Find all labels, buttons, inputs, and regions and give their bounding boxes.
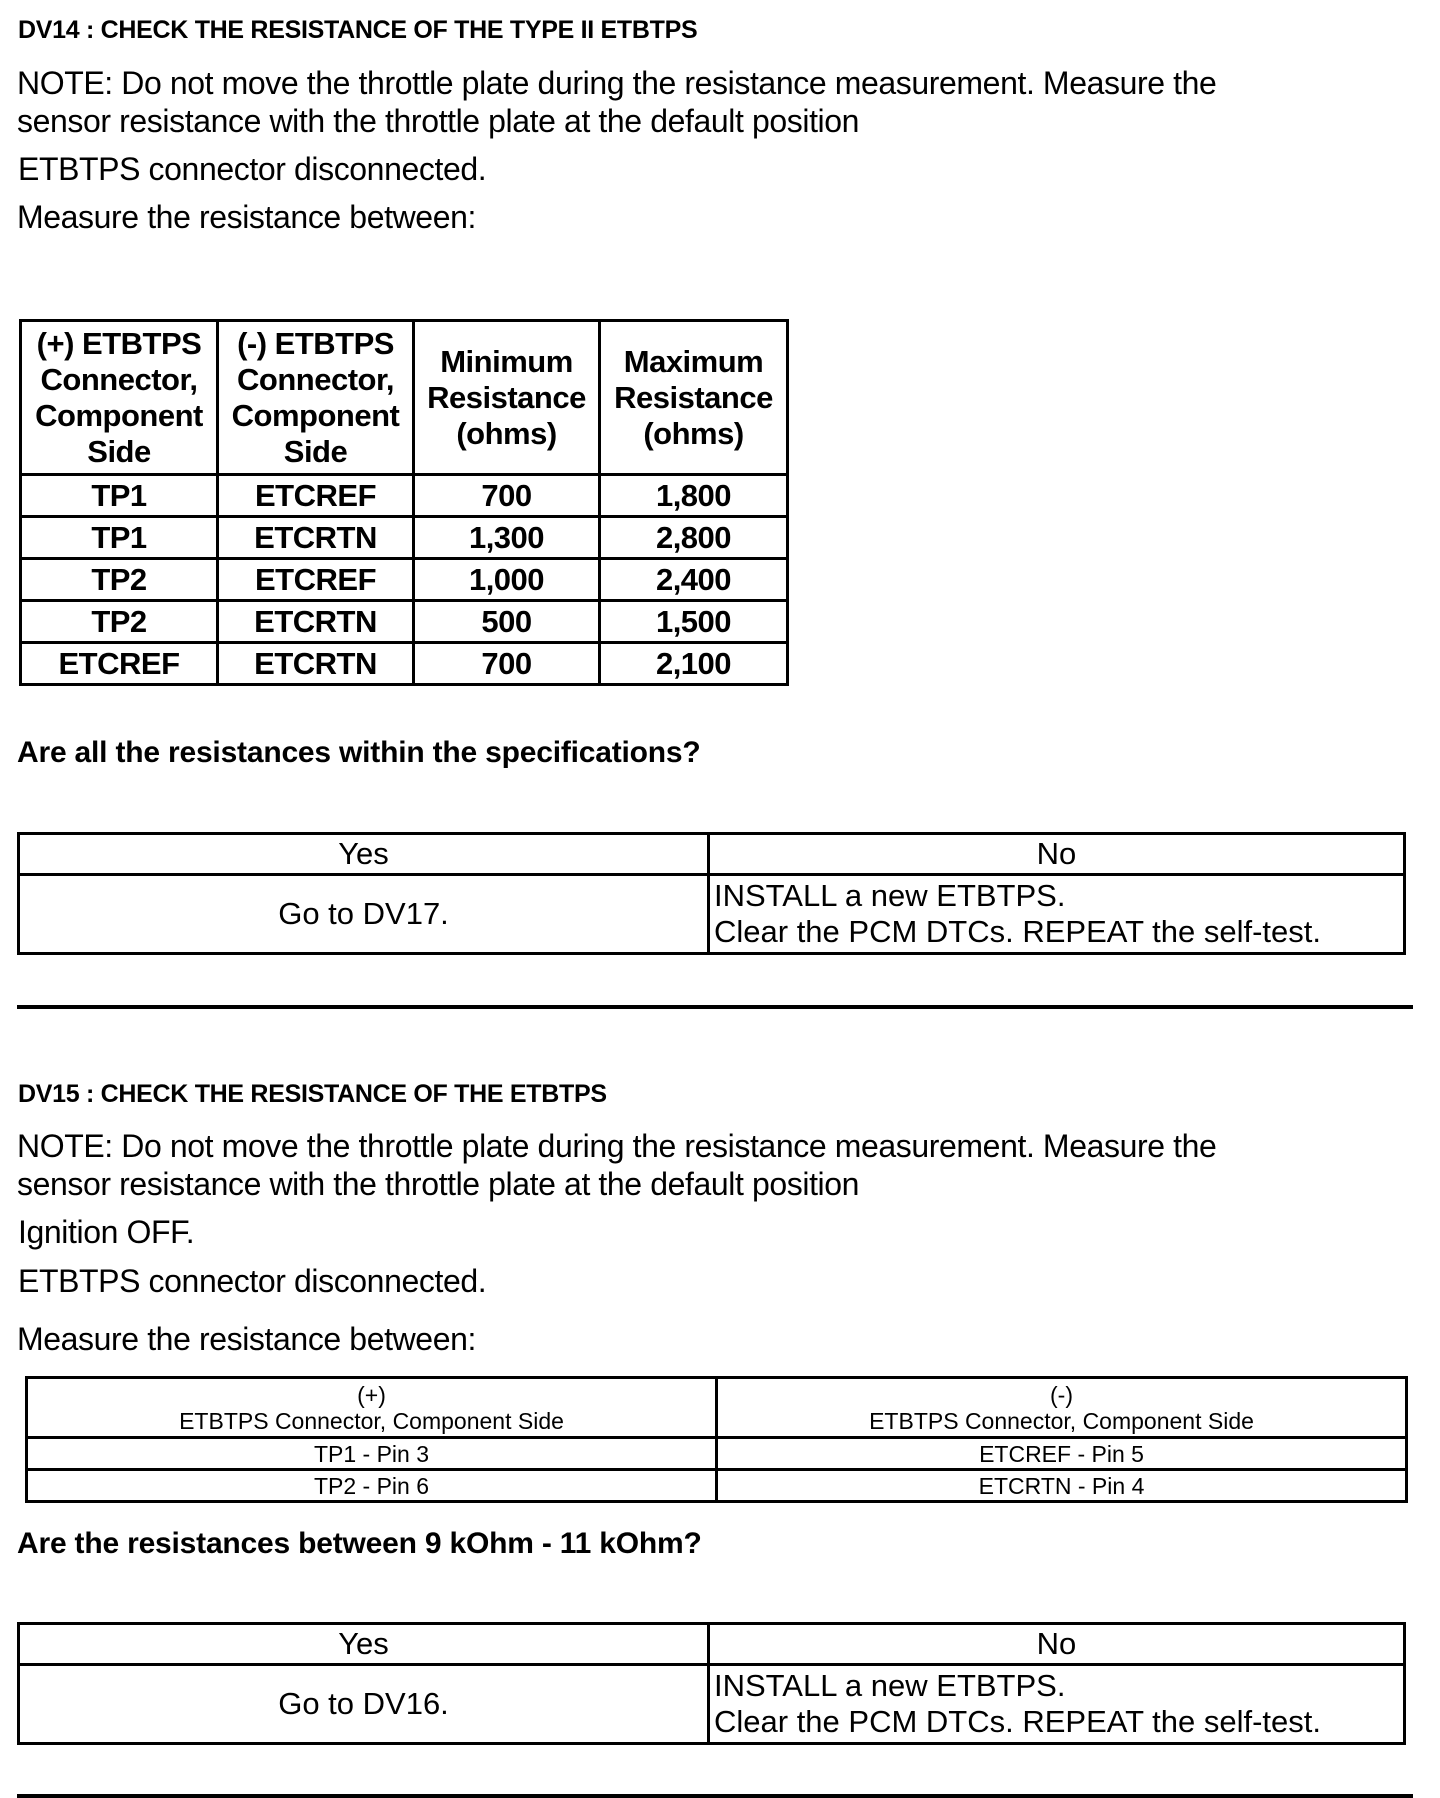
yes-header: Yes <box>19 1624 709 1665</box>
pin-measurement-table: (+)ETBTPS Connector, Component Side (-)E… <box>25 1376 1408 1503</box>
table-row: TP2 ETCREF 1,000 2,400 <box>21 559 788 601</box>
maximum-value: 2,100 <box>600 643 788 685</box>
table-header-row: (+)ETBTPS Connector, Component Side (-)E… <box>27 1378 1407 1438</box>
minimum-value: 500 <box>414 601 600 643</box>
no-action-line-2: Clear the PCM DTCs. REPEAT the self-test… <box>714 914 1403 950</box>
maximum-value: 1,800 <box>600 475 788 517</box>
negative-pin: ETCRTN - Pin 4 <box>717 1470 1407 1502</box>
minimum-value: 700 <box>414 475 600 517</box>
table-header-row: (+) ETBTPSConnector,ComponentSide (-) ET… <box>21 321 788 475</box>
no-action: INSTALL a new ETBTPS. Clear the PCM DTCs… <box>709 1665 1405 1744</box>
note-line-1: NOTE: Do not move the throttle plate dur… <box>17 1127 1216 1165</box>
note-line-2: sensor resistance with the throttle plat… <box>17 1165 859 1203</box>
decision-table: Yes No Go to DV16. INSTALL a new ETBTPS.… <box>17 1622 1406 1745</box>
instruction-connector: ETBTPS connector disconnected. <box>18 1262 486 1300</box>
minimum-value: 700 <box>414 643 600 685</box>
instruction-measure: Measure the resistance between: <box>17 198 476 236</box>
minimum-value: 1,000 <box>414 559 600 601</box>
col-header-negative: (-)ETBTPS Connector, Component Side <box>717 1378 1407 1438</box>
instruction-connector: ETBTPS connector disconnected. <box>18 150 486 188</box>
step-title: DV15 : CHECK THE RESISTANCE OF THE ETBTP… <box>18 1080 607 1109</box>
negative-pin: ETCREF - Pin 5 <box>717 1438 1407 1470</box>
col-header-maximum: MaximumResistance(ohms) <box>600 321 788 475</box>
col-header-negative: (-) ETBTPSConnector,ComponentSide <box>218 321 414 475</box>
positive-pin: TP1 - Pin 3 <box>27 1438 717 1470</box>
positive-pin: TP2 <box>21 559 218 601</box>
no-action-line-1: INSTALL a new ETBTPS. <box>714 878 1403 914</box>
yes-action-link[interactable]: Go to DV17. <box>19 875 709 954</box>
table-row: TP1 - Pin 3 ETCREF - Pin 5 <box>27 1438 1407 1470</box>
negative-pin: ETCRTN <box>218 643 414 685</box>
no-action: INSTALL a new ETBTPS. Clear the PCM DTCs… <box>709 875 1405 954</box>
maximum-value: 2,800 <box>600 517 788 559</box>
minimum-value: 1,300 <box>414 517 600 559</box>
positive-pin: TP1 <box>21 475 218 517</box>
table-row: ETCREF ETCRTN 700 2,100 <box>21 643 788 685</box>
decision-table: Yes No Go to DV17. INSTALL a new ETBTPS.… <box>17 832 1406 955</box>
no-header: No <box>709 1624 1405 1665</box>
section-divider <box>17 1005 1413 1009</box>
resistance-spec-table: (+) ETBTPSConnector,ComponentSide (-) ET… <box>19 319 789 686</box>
maximum-value: 2,400 <box>600 559 788 601</box>
table-row: TP2 - Pin 6 ETCRTN - Pin 4 <box>27 1470 1407 1502</box>
decision-question: Are the resistances between 9 kOhm - 11 … <box>17 1527 702 1561</box>
maximum-value: 1,500 <box>600 601 788 643</box>
step-title: DV14 : CHECK THE RESISTANCE OF THE TYPE … <box>18 16 697 45</box>
instruction-ignition: Ignition OFF. <box>18 1213 194 1251</box>
table-row: TP2 ETCRTN 500 1,500 <box>21 601 788 643</box>
decision-question: Are all the resistances within the speci… <box>17 736 701 770</box>
positive-pin: TP2 - Pin 6 <box>27 1470 717 1502</box>
table-row: TP1 ETCREF 700 1,800 <box>21 475 788 517</box>
negative-pin: ETCREF <box>218 559 414 601</box>
yes-action-link[interactable]: Go to DV16. <box>19 1665 709 1744</box>
table-row: TP1 ETCRTN 1,300 2,800 <box>21 517 788 559</box>
no-action-line-1: INSTALL a new ETBTPS. <box>714 1668 1403 1704</box>
col-header-minimum: MinimumResistance(ohms) <box>414 321 600 475</box>
positive-pin: TP1 <box>21 517 218 559</box>
negative-pin: ETCRTN <box>218 517 414 559</box>
negative-pin: ETCRTN <box>218 601 414 643</box>
note-line-1: NOTE: Do not move the throttle plate dur… <box>17 64 1216 102</box>
col-header-positive: (+)ETBTPS Connector, Component Side <box>27 1378 717 1438</box>
col-header-positive: (+) ETBTPSConnector,ComponentSide <box>21 321 218 475</box>
note-line-2: sensor resistance with the throttle plat… <box>17 102 859 140</box>
section-divider <box>17 1794 1413 1798</box>
no-action-line-2: Clear the PCM DTCs. REPEAT the self-test… <box>714 1704 1403 1740</box>
instruction-measure: Measure the resistance between: <box>17 1320 476 1358</box>
yes-header: Yes <box>19 834 709 875</box>
positive-pin: TP2 <box>21 601 218 643</box>
no-header: No <box>709 834 1405 875</box>
positive-pin: ETCREF <box>21 643 218 685</box>
negative-pin: ETCREF <box>218 475 414 517</box>
